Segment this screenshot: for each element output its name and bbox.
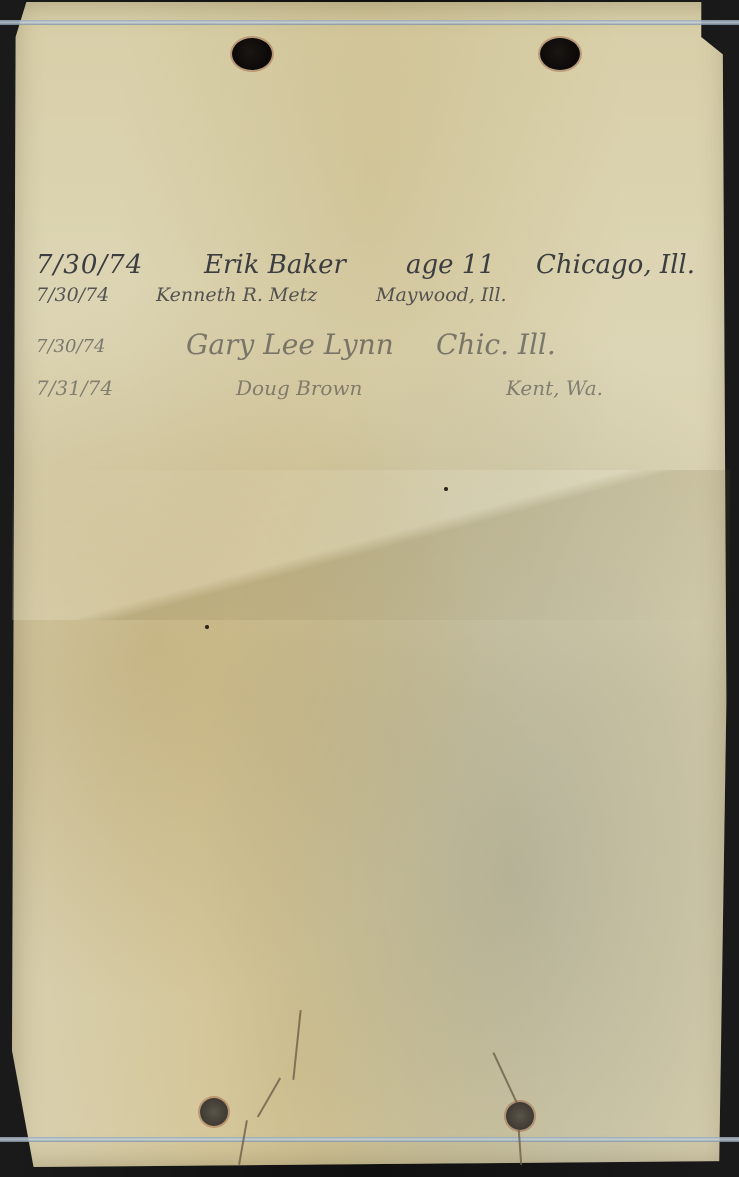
punch-hole-bottom-right [506, 1102, 534, 1130]
entry-name: Erik Baker [204, 250, 346, 280]
entry-place: Kent, Wa. [506, 376, 603, 400]
entry-row: 7/30/74 Gary Lee Lynn Chic. Ill. [36, 328, 726, 372]
entry-date: 7/31/74 [36, 376, 113, 400]
punch-hole-top-right [540, 38, 580, 70]
entry-date: 7/30/74 [36, 336, 105, 357]
punch-hole-bottom-left [200, 1098, 228, 1126]
entry-age: age 11 [406, 250, 495, 280]
entry-name: Gary Lee Lynn [186, 328, 394, 361]
entry-row: 7/30/74 Kenneth R. Metz Maywood, Ill. [36, 284, 726, 328]
ink-speck [205, 625, 209, 629]
entry-place: Maywood, Ill. [376, 284, 507, 306]
ink-speck [444, 487, 448, 491]
punch-hole-top-left [232, 38, 272, 70]
bottom-hanging-wire [0, 1137, 739, 1142]
entry-date: 7/30/74 [36, 284, 109, 306]
entry-row: 7/31/74 Doug Brown Kent, Wa. [36, 376, 726, 420]
paper-sheet [12, 2, 730, 1167]
top-hanging-wire [0, 20, 739, 25]
entry-place: Chicago, Ill. [536, 250, 695, 280]
entry-date: 7/30/74 [36, 250, 143, 280]
entry-name: Doug Brown [236, 376, 362, 400]
entry-place: Chic. Ill. [436, 328, 556, 361]
entry-name: Kenneth R. Metz [156, 284, 317, 306]
sign-in-entries: 7/30/74 Erik Baker age 11 Chicago, Ill. … [36, 250, 726, 426]
